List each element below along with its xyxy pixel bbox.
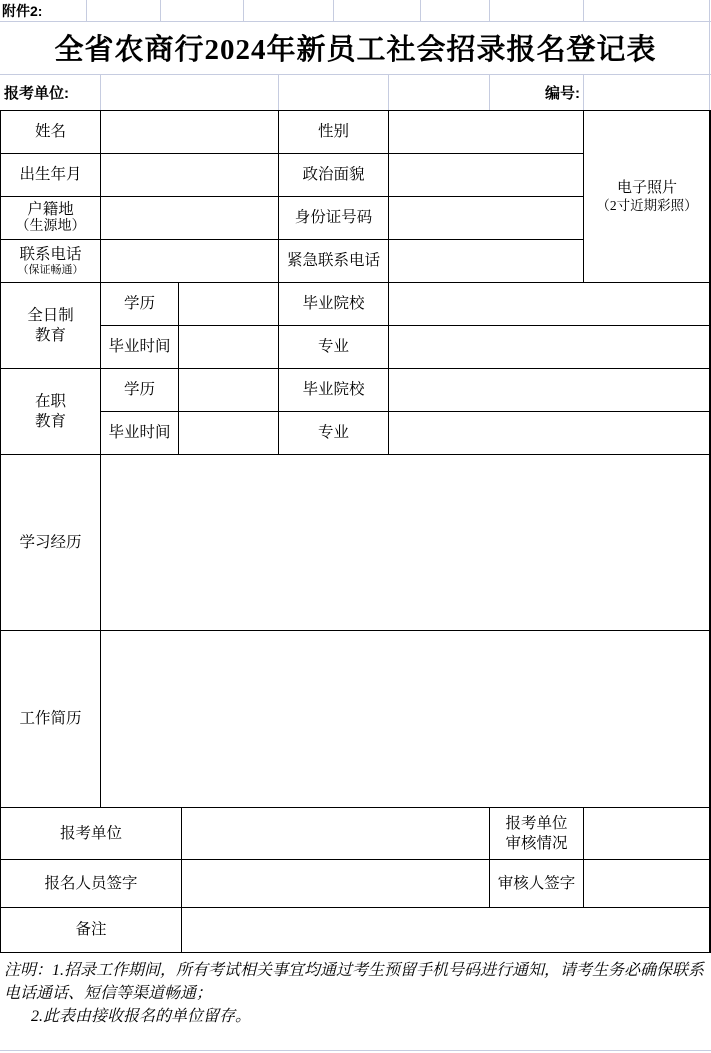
onjob-school-field[interactable] (388, 368, 711, 412)
fulltime-gradtime-field[interactable] (178, 325, 279, 369)
form-title: 全省农商行2024年新员工社会招录报名登记表 (0, 21, 711, 74)
footnotes: 注明：1.招录工作期间，所有考试相关事宜均通过考生预留手机号码进行通知，请考生务… (0, 952, 711, 1040)
footnote-line: 注明：1.招录工作期间，所有考试相关事宜均通过考生预留手机号码进行通知，请考生务… (4, 959, 707, 982)
fulltime-major-field[interactable] (388, 325, 711, 369)
gridline (0, 1050, 711, 1051)
reviewer-signature-label: 审核人签字 (489, 859, 584, 908)
phone-field[interactable] (100, 239, 279, 283)
apply-unit-header-value[interactable] (124, 75, 484, 110)
onjob-degree-field[interactable] (178, 368, 279, 412)
onjob-school-label: 毕业院校 (278, 368, 389, 412)
number-header-value[interactable] (585, 75, 705, 110)
political-status-label: 政治面貌 (278, 153, 389, 197)
fulltime-school-label: 毕业院校 (278, 282, 389, 326)
footnote-line: 2.此表由接收报名的单位留存。 (4, 1005, 707, 1028)
onjob-major-label: 专业 (278, 411, 389, 455)
fulltime-degree-field[interactable] (178, 282, 279, 326)
gender-field[interactable] (388, 110, 584, 154)
apply-unit-label: 报考单位 (0, 807, 182, 860)
id-number-field[interactable] (388, 196, 584, 240)
apply-unit-header-label: 报考单位: (4, 75, 124, 110)
emergency-phone-field[interactable] (388, 239, 584, 283)
footnote-line: 电话通话、短信等渠道畅通； (4, 982, 707, 1005)
gridline (243, 0, 244, 21)
number-header-label: 编号: (489, 75, 580, 110)
study-experience-label: 学习经历 (0, 454, 101, 631)
emergency-phone-label: 紧急联系电话 (278, 239, 389, 283)
registration-form-page: 附件2: 全省农商行2024年新员工社会招录报名登记表 报考单位: 编号: 姓名… (0, 0, 711, 1053)
onjob-degree-label: 学历 (100, 368, 179, 412)
name-field[interactable] (100, 110, 279, 154)
fulltime-education-group-label: 全日制 教育 (0, 282, 101, 369)
onjob-gradtime-field[interactable] (178, 411, 279, 455)
birth-field[interactable] (100, 153, 279, 197)
political-status-field[interactable] (388, 153, 584, 197)
attachment-label: 附件2: (2, 1, 42, 21)
applicant-signature-field[interactable] (181, 859, 490, 908)
unit-review-field[interactable] (583, 807, 711, 860)
gender-label: 性别 (278, 110, 389, 154)
fulltime-degree-label: 学历 (100, 282, 179, 326)
reviewer-signature-field[interactable] (583, 859, 711, 908)
gridline (420, 0, 421, 21)
remark-field[interactable] (181, 907, 711, 953)
apply-unit-field[interactable] (181, 807, 490, 860)
fulltime-major-label: 专业 (278, 325, 389, 369)
photo-placeholder: 电子照片 （2寸近期彩照） (583, 110, 711, 283)
hukou-label: 户籍地 （生源地） (0, 196, 101, 240)
id-number-label: 身份证号码 (278, 196, 389, 240)
onjob-major-field[interactable] (388, 411, 711, 455)
fulltime-school-field[interactable] (388, 282, 711, 326)
work-experience-field[interactable] (100, 630, 711, 808)
remark-label: 备注 (0, 907, 182, 953)
gridline (86, 0, 87, 21)
fulltime-gradtime-label: 毕业时间 (100, 325, 179, 369)
onjob-gradtime-label: 毕业时间 (100, 411, 179, 455)
onjob-education-group-label: 在职 教育 (0, 368, 101, 455)
work-experience-label: 工作简历 (0, 630, 101, 808)
applicant-signature-label: 报名人员签字 (0, 859, 182, 908)
birth-label: 出生年月 (0, 153, 101, 197)
hukou-field[interactable] (100, 196, 279, 240)
gridline (489, 0, 490, 21)
gridline (583, 0, 584, 21)
gridline (583, 75, 584, 110)
gridline (160, 0, 161, 21)
phone-label: 联系电话 （保证畅通） (0, 239, 101, 283)
name-label: 姓名 (0, 110, 101, 154)
unit-review-label: 报考单位 审核情况 (489, 807, 584, 860)
study-experience-field[interactable] (100, 454, 711, 631)
gridline (333, 0, 334, 21)
